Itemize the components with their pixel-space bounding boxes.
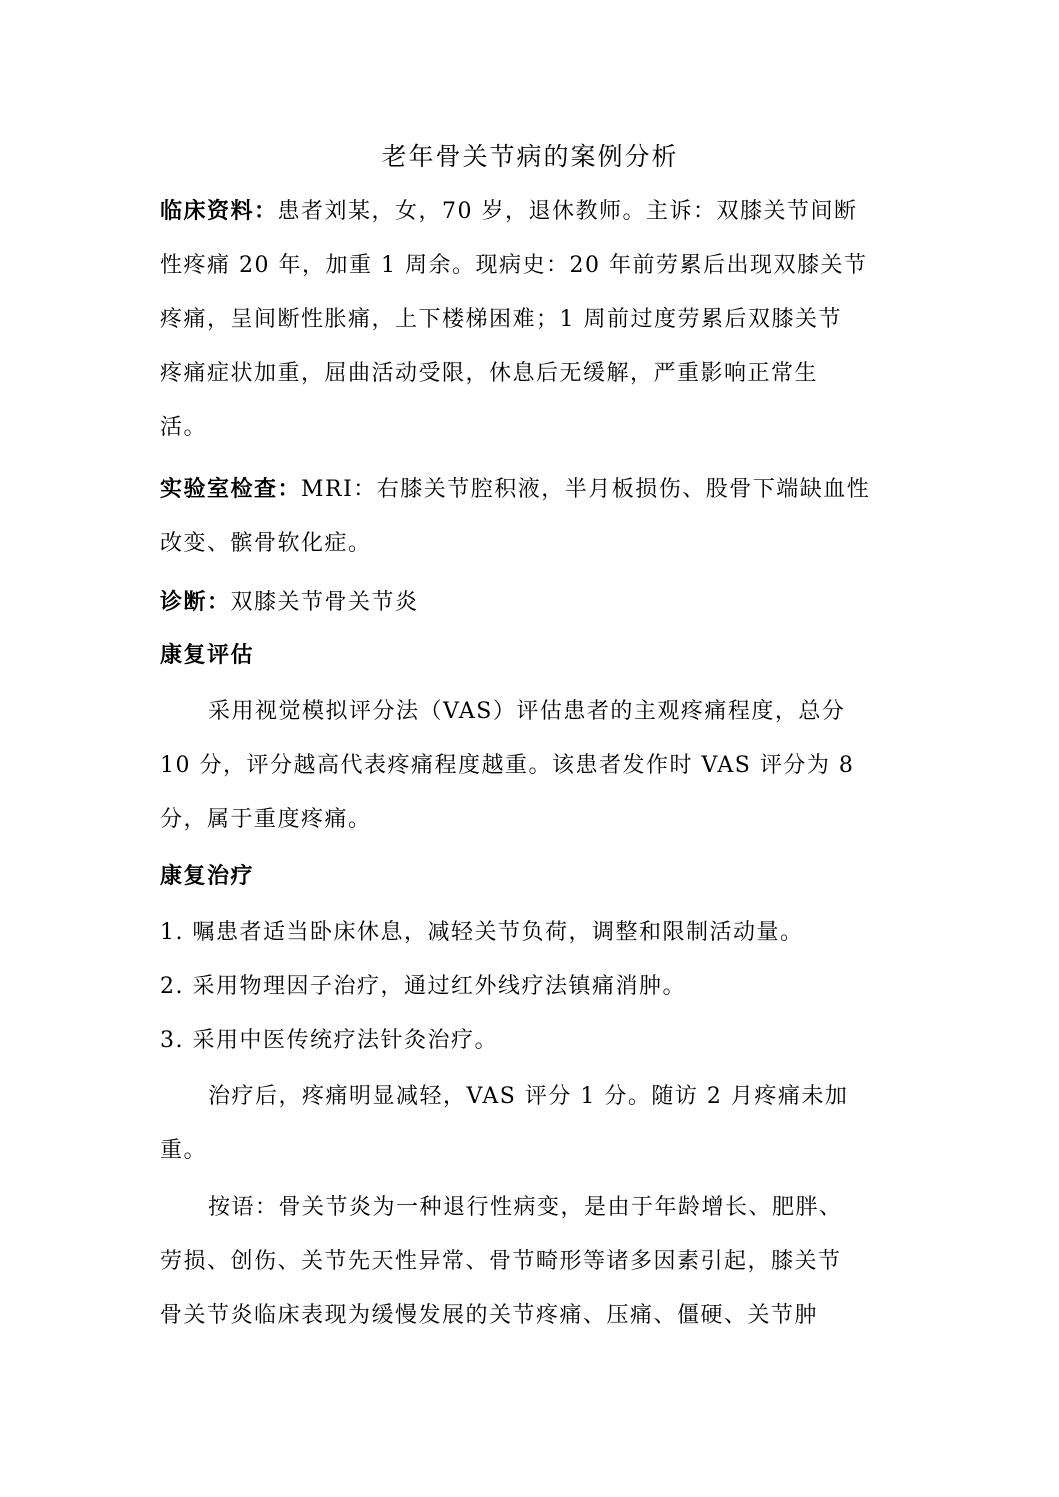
commentary-line-2: 劳损、创伤、关节先天性异常、骨节畸形等诸多因素引起，膝关节 xyxy=(160,1242,842,1282)
treatment-item-1: 1. 嘱患者适当卧床休息，减轻关节负荷，调整和限制活动量。 xyxy=(160,913,804,953)
lab-exam-text: MRI：右膝关节腔积液，半月板损伤、股骨下端缺血性 xyxy=(301,477,870,502)
rehab-assessment-line-1: 采用视觉模拟评分法（VAS）评估患者的主观疼痛程度，总分 xyxy=(160,692,845,732)
treatment-item-3: 3. 采用中医传统疗法针灸治疗。 xyxy=(160,1021,498,1061)
commentary-line-3: 骨关节炎临床表现为缓慢发展的关节疼痛、压痛、僵硬、关节肿 xyxy=(160,1296,818,1336)
treatment-outcome-line-1: 治疗后，疼痛明显减轻，VAS 评分 1 分。随访 2 月疼痛未加 xyxy=(160,1077,848,1117)
clinical-data-line-3: 疼痛，呈间断性胀痛，上下楼梯困难；1 周前过度劳累后双膝关节 xyxy=(160,300,842,340)
treatment-item-2: 2. 采用物理因子治疗，通过红外线疗法镇痛消肿。 xyxy=(160,967,686,1007)
clinical-data-line-4: 疼痛症状加重，屈曲活动受限，休息后无缓解，严重影响正常生 xyxy=(160,354,818,394)
clinical-data-label: 临床资料： xyxy=(160,199,278,224)
rehab-treatment-heading: 康复治疗 xyxy=(160,857,254,897)
diagnosis-text: 双膝关节骨关节炎 xyxy=(231,590,419,615)
rehab-assessment-line-2: 10 分，评分越高代表疼痛程度越重。该患者发作时 VAS 评分为 8 xyxy=(160,746,854,786)
lab-exam-line-2: 改变、髌骨软化症。 xyxy=(160,524,372,564)
commentary-line-1: 按语：骨关节炎为一种退行性病变，是由于年龄增长、肥胖、 xyxy=(160,1188,843,1228)
treatment-outcome-line-2: 重。 xyxy=(160,1131,207,1171)
rehab-assessment-heading: 康复评估 xyxy=(160,636,254,676)
diagnosis-line: 诊断：双膝关节骨关节炎 xyxy=(160,583,419,623)
clinical-data-line-2: 性疼痛 20 年，加重 1 周余。现病史：20 年前劳累后出现双膝关节 xyxy=(160,246,867,286)
clinical-data-line-1: 临床资料：患者刘某，女，70 岁，退休教师。主诉：双膝关节间断 xyxy=(160,192,858,232)
clinical-data-line-5: 活。 xyxy=(160,408,207,448)
rehab-assessment-line-3: 分，属于重度疼痛。 xyxy=(160,800,372,840)
diagnosis-label: 诊断： xyxy=(160,590,231,615)
document-title: 老年骨关节病的案例分析 xyxy=(160,137,900,177)
clinical-data-text: 患者刘某，女，70 岁，退休教师。主诉：双膝关节间断 xyxy=(278,199,858,224)
lab-exam-line-1: 实验室检查：MRI：右膝关节腔积液，半月板损伤、股骨下端缺血性 xyxy=(160,470,870,510)
lab-exam-label: 实验室检查： xyxy=(160,477,301,502)
